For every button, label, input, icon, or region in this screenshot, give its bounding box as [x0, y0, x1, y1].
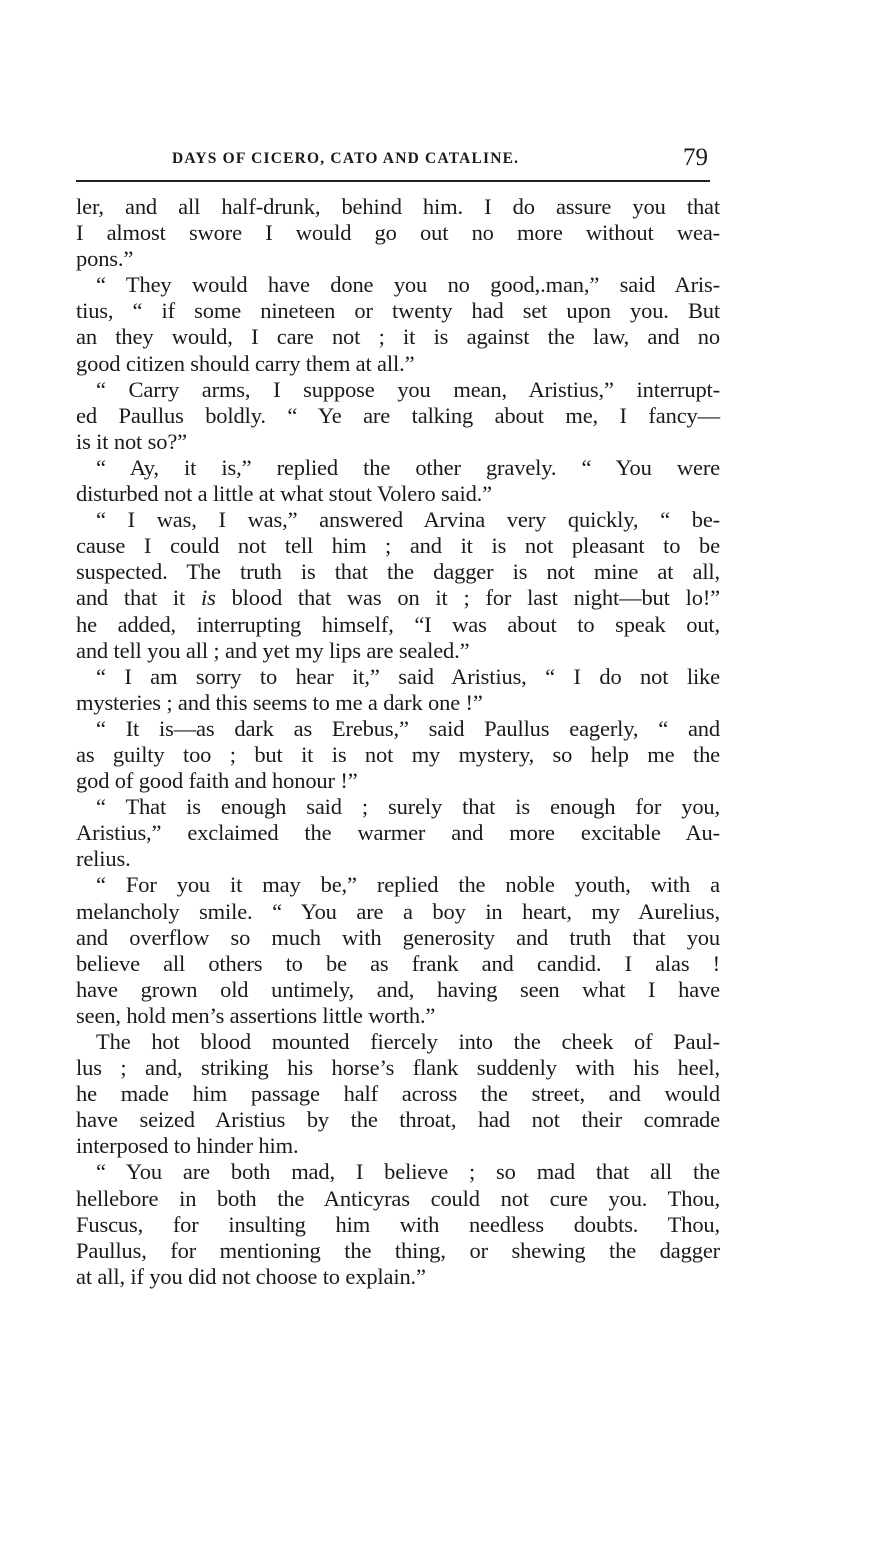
text-line: and that it is blood that was on it ; fo… [76, 585, 720, 611]
text-fragment: blood that was on it ; for last night—bu… [216, 585, 720, 610]
text-line: hellebore in both the Anticyras could no… [76, 1186, 720, 1212]
text-line: have seized Aristius by the throat, had … [76, 1107, 720, 1133]
text-line: an they would, I care not ; it is agains… [76, 324, 720, 350]
running-title: DAYS OF CICERO, CATO AND CATALINE. [172, 150, 519, 168]
text-line: “ It is—as dark as Erebus,” said Paullus… [76, 716, 720, 742]
text-line: cause I could not tell him ; and it is n… [76, 533, 720, 559]
text-line: The hot blood mounted fiercely into the … [76, 1029, 720, 1055]
text-line: melancholy smile. “ You are a boy in hea… [76, 899, 720, 925]
text-line: “ You are both mad, I believe ; so mad t… [76, 1159, 720, 1185]
text-line: Fuscus, for insulting him with needless … [76, 1212, 720, 1238]
text-line: as guilty too ; but it is not my mystery… [76, 742, 720, 768]
text-line: mysteries ; and this seems to me a dark … [76, 690, 720, 716]
book-page: DAYS OF CICERO, CATO AND CATALINE. 79 le… [0, 0, 896, 1550]
text-line: is it not so?” [76, 429, 720, 455]
text-fragment: and that it [76, 585, 201, 610]
text-line: seen, hold men’s assertions little worth… [76, 1003, 720, 1029]
header-rule [76, 180, 710, 182]
text-line: ler, and all half-drunk, behind him. I d… [76, 194, 720, 220]
text-line: I almost swore I would go out no more wi… [76, 220, 720, 246]
text-line: tius, “ if some nineteen or twenty had s… [76, 298, 720, 324]
text-line: good citizen should carry them at all.” [76, 351, 720, 377]
text-line: relius. [76, 846, 720, 872]
text-line: suspected. The truth is that the dagger … [76, 559, 720, 585]
text-line: “ I was, I was,” answered Arvina very qu… [76, 507, 720, 533]
text-line: pons.” [76, 246, 720, 272]
running-head: DAYS OF CICERO, CATO AND CATALINE. 79 [76, 146, 710, 176]
text-line: “ They would have done you no good,.man,… [76, 272, 720, 298]
text-line: at all, if you did not choose to explain… [76, 1264, 720, 1290]
text-line: have grown old untimely, and, having see… [76, 977, 720, 1003]
text-line: Paullus, for mentioning the thing, or sh… [76, 1238, 720, 1264]
text-line: “ Carry arms, I suppose you mean, Aristi… [76, 377, 720, 403]
text-line: believe all others to be as frank and ca… [76, 951, 720, 977]
text-line: god of good faith and honour !” [76, 768, 720, 794]
italic-emphasis: is [201, 585, 216, 610]
text-line: and overflow so much with generosity and… [76, 925, 720, 951]
body-text: ler, and all half-drunk, behind him. I d… [76, 194, 720, 1290]
text-line: “ For you it may be,” replied the noble … [76, 872, 720, 898]
text-line: “ I am sorry to hear it,” said Aristius,… [76, 664, 720, 690]
text-line: he added, interrupting himself, “I was a… [76, 612, 720, 638]
page-number: 79 [683, 144, 708, 172]
text-line: Aristius,” exclaimed the warmer and more… [76, 820, 720, 846]
text-line: and tell you all ; and yet my lips are s… [76, 638, 720, 664]
text-line: “ Ay, it is,” replied the other gravely.… [76, 455, 720, 481]
text-line: interposed to hinder him. [76, 1133, 720, 1159]
text-line: ed Paullus boldly. “ Ye are talking abou… [76, 403, 720, 429]
text-line: he made him passage half across the stre… [76, 1081, 720, 1107]
text-line: lus ; and, striking his horse’s flank su… [76, 1055, 720, 1081]
text-line: disturbed not a little at what stout Vol… [76, 481, 720, 507]
text-line: “ That is enough said ; surely that is e… [76, 794, 720, 820]
